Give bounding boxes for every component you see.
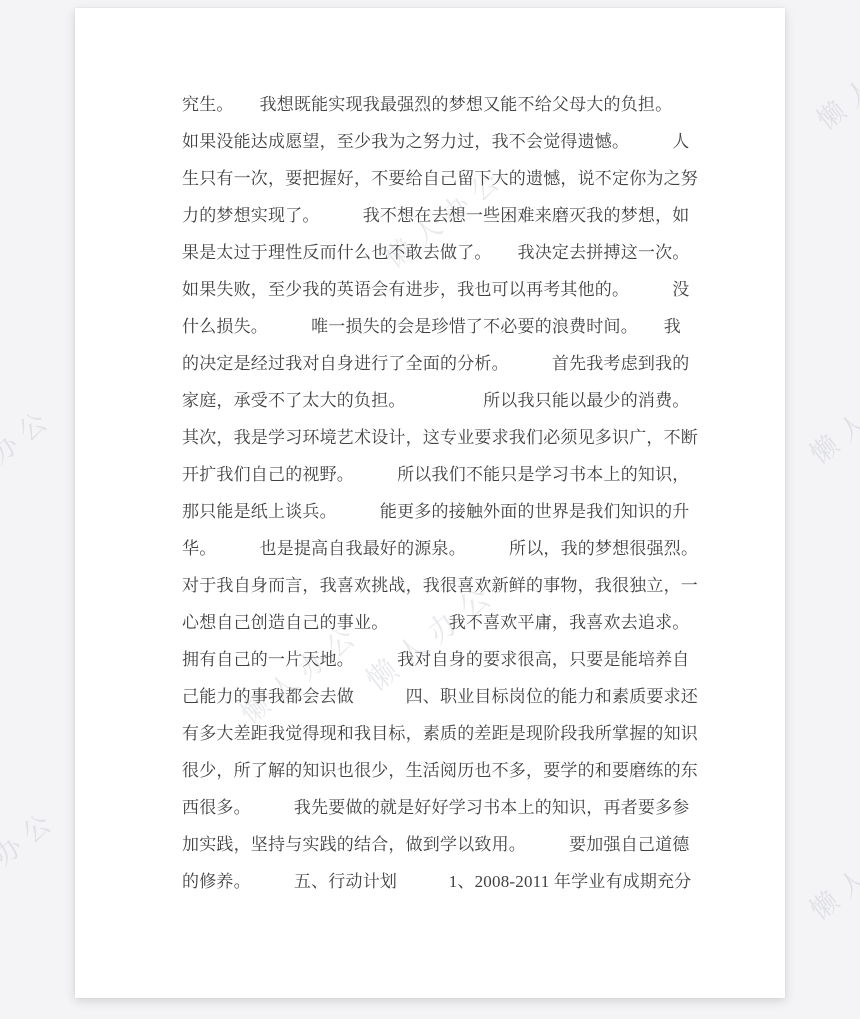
document-text: 究生。 我想既能实现我最强烈的梦想又能不给父母大的负担。 如果没能达成愿望，至少…	[182, 86, 692, 900]
text-line: 的修养。 五、行动计划 1、2008-2011 年学业有成期充分	[182, 863, 692, 900]
text-line: 加实践，坚持与实践的结合，做到学以致用。 要加强自己道德	[182, 826, 692, 863]
text-line: 家庭，承受不了太大的负担。 所以我只能以最少的消费。	[182, 382, 692, 419]
text-line: 的决定是经过我对自身进行了全面的分析。 首先我考虑到我的	[182, 345, 692, 382]
text-line: 心想自己创造自己的事业。 我不喜欢平庸，我喜欢去追求。	[182, 604, 692, 641]
document-page: 究生。 我想既能实现我最强烈的梦想又能不给父母大的负担。 如果没能达成愿望，至少…	[75, 8, 785, 998]
text-line: 己能力的事我都会去做 四、职业目标岗位的能力和素质要求还	[182, 678, 692, 715]
text-line: 如果失败，至少我的英语会有进步，我也可以再考其他的。 没	[182, 271, 692, 308]
text-line: 如果没能达成愿望，至少我为之努力过，我不会觉得遗憾。 人	[182, 123, 692, 160]
text-line: 西很多。 我先要做的就是好好学习书本上的知识，再者要多参	[182, 789, 692, 826]
text-line: 拥有自己的一片天地。 我对自身的要求很高，只要是能培养自	[182, 641, 692, 678]
desktop-background: 究生。 我想既能实现我最强烈的梦想又能不给父母大的负担。 如果没能达成愿望，至少…	[0, 0, 860, 1019]
text-line: 力的梦想实现了。 我不想在去想一些困难来磨灭我的梦想，如	[182, 197, 692, 234]
text-line: 对于我自身而言，我喜欢挑战，我很喜欢新鲜的事物，我很独立，一	[182, 567, 692, 604]
watermark-text: 懒人办公	[800, 808, 860, 927]
text-line: 其次，我是学习环境艺术设计，这专业要求我们必须见多识广，不断	[182, 419, 692, 456]
text-line: 有多大差距我觉得现和我目标，素质的差距是现阶段我所掌握的知识	[182, 715, 692, 752]
text-line: 开扩我们自己的视野。 所以我们不能只是学习书本上的知识，	[182, 456, 692, 493]
text-line: 究生。 我想既能实现我最强烈的梦想又能不给父母大的负担。	[182, 86, 692, 123]
watermark-text: 懒人办公	[800, 352, 860, 471]
watermark-text: 懒人办公	[0, 396, 61, 515]
watermark-text: 懒人办公	[0, 798, 65, 917]
text-line: 那只能是纸上谈兵。 能更多的接触外面的世界是我们知识的升	[182, 493, 692, 530]
text-line: 生只有一次，要把握好，不要给自己留下大的遗憾，说不定你为之努	[182, 160, 692, 197]
text-line: 华。 也是提高自我最好的源泉。 所以，我的梦想很强烈。	[182, 530, 692, 567]
text-line: 什么损失。 唯一损失的会是珍惜了不必要的浪费时间。 我	[182, 308, 692, 345]
text-line: 果是太过于理性反而什么也不敢去做了。 我决定去拼搏这一次。	[182, 234, 692, 271]
watermark-text: 懒人办公	[807, 18, 860, 137]
text-line: 很少，所了解的知识也很少，生活阅历也不多，要学的和要磨练的东	[182, 752, 692, 789]
